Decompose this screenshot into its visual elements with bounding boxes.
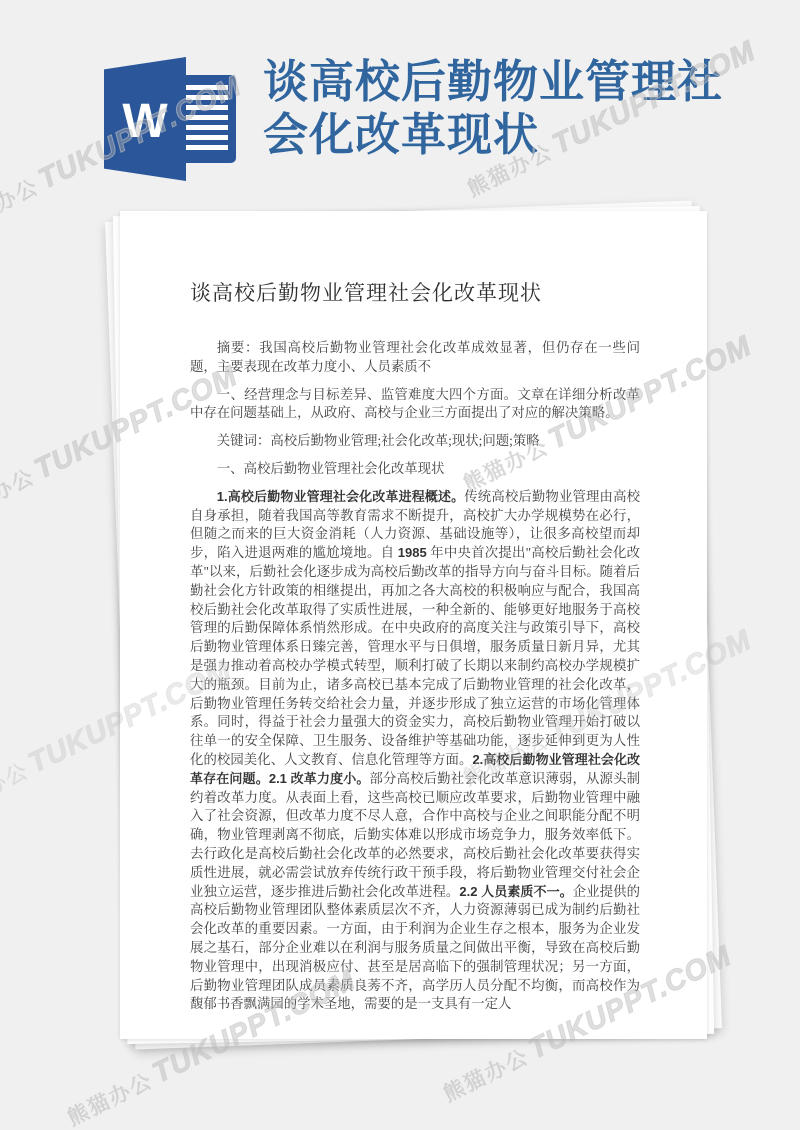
document-body: 摘要：我国高校后勤物业管理社会化改革成效显著，但仍存在一些问题，主要表现在改革力… [190,339,640,1014]
doc-paragraph: 摘要：我国高校后勤物业管理社会化改革成效显著，但仍存在一些问题，主要表现在改革力… [190,339,640,377]
document-title: 谈高校后勤物业管理社会化改革现状 [190,277,640,307]
header: W 谈高校后勤物业管理社会化改革现状 [0,0,800,200]
page-title: 谈高校后勤物业管理社会化改革现状 [263,56,733,162]
document-content: 谈高校后勤物业管理社会化改革现状 摘要：我国高校后勤物业管理社会化改革成效显著，… [190,277,640,1023]
doc-paragraph: 关键词：高校后勤物业管理;社会化改革;现状;问题;策略 [190,432,640,451]
doc-paragraph: 一、高校后勤物业管理社会化改革现状 [190,460,640,479]
document-page: 谈高校后勤物业管理社会化改革现状 摘要：我国高校后勤物业管理社会化改革成效显著，… [120,211,707,1039]
doc-paragraph: 1.高校后勤物业管理社会化改革进程概述。传统高校后勤物业管理由高校自身承担，随着… [190,488,640,1014]
page: W 谈高校后勤物业管理社会化改革现状 谈高校后勤物业管理社会化改革现状 摘要：我… [0,0,800,1130]
word-icon-letter: W [122,98,167,146]
doc-paragraph: 一、经营理念与目标差异、监管难度大四个方面。文章在详细分析改革中存在问题基础上，… [190,386,640,424]
word-file-icon: W [104,57,236,181]
word-icon-cover: W [104,57,186,181]
